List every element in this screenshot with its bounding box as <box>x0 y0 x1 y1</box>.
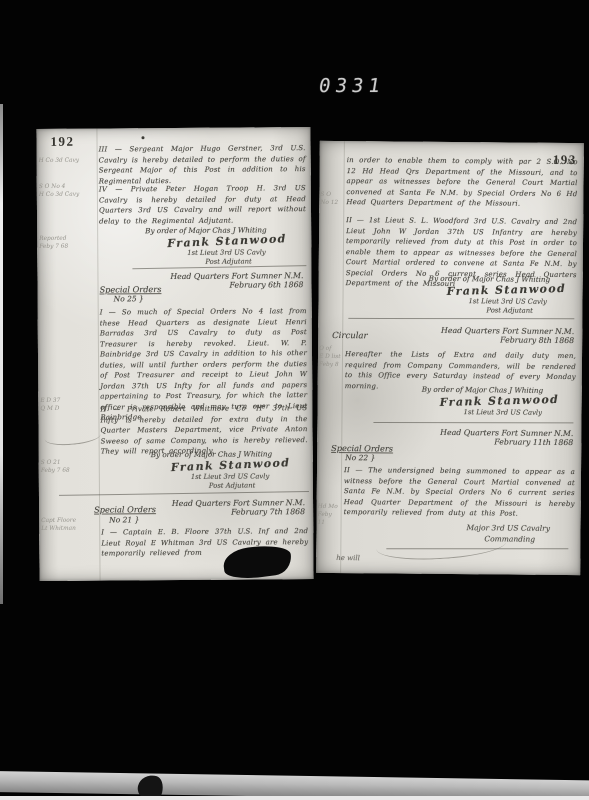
separator-rule <box>132 265 306 269</box>
dateline: Head Quarters Fort Sumner N.M. February … <box>440 428 573 447</box>
ledger-page-left: 192 H Co 3d Cavy S O No 4 H Co 3d Cavy R… <box>36 127 313 581</box>
margin-note: S O No 4 H Co 3d Cavy <box>39 183 95 199</box>
scanner-bed-bottom-strip <box>0 796 589 800</box>
dateline: Head Quarters Fort Sumner N.M. February … <box>441 326 574 345</box>
margin-note: Hd Mo Feby 11 <box>318 503 340 527</box>
signature-title: Post Adjutant <box>486 306 532 314</box>
signature-rank: 1st Lieut 3rd US Cavly <box>187 248 265 257</box>
special-orders-number: No 25 } <box>114 294 144 303</box>
frame-number: 0331 <box>317 75 410 97</box>
order-entry: III — Sergeant Major Hugo Gerstner, 3rd … <box>99 143 306 186</box>
dateline-date: February 6th 1868 <box>170 280 303 290</box>
special-orders-label: Special Orders <box>331 443 393 454</box>
dateline-date: February 7th 1868 <box>172 507 305 517</box>
margin-note: S O No 12 <box>320 191 342 207</box>
signature-rank: 1st Lieut 3rd US Cavly <box>191 472 269 481</box>
separator-rule <box>373 422 573 423</box>
separator-rule <box>348 318 574 319</box>
margin-note: E D 37 Q M D <box>40 397 96 413</box>
bottom-rule <box>386 548 568 549</box>
order-entry: II — The undersigned being summoned to a… <box>344 465 575 520</box>
ledger-page-right: 193 S O No 12 O of E D list Feby 8 Hd Mo… <box>316 141 584 575</box>
circular-label: Circular <box>332 331 367 341</box>
special-orders-label: Special Orders <box>100 284 162 294</box>
signature-title: Post Adjutant <box>205 257 251 265</box>
signature: Frank Stanwood <box>439 393 559 409</box>
margin-note: Reported Feby 7 68 <box>39 235 95 251</box>
special-orders-number: No 21 } <box>109 515 139 524</box>
film-edge-strip <box>0 104 3 604</box>
special-orders-number: No 22 } <box>345 453 375 462</box>
dateline: Head Quarters Fort Sumner N.M. February … <box>170 271 303 290</box>
signature-title: Post Adjutant <box>209 481 255 489</box>
dateline: Head Quarters Fort Sumner N.M. February … <box>172 498 305 517</box>
order-entry: IV — Private Peter Hogan Troop H. 3rd US… <box>99 183 306 226</box>
pen-flourish <box>44 426 101 447</box>
signature: Frank Stanwood <box>446 282 566 298</box>
margin-note: S O 21 Feby 7 68 <box>41 459 97 475</box>
separator-rule <box>59 491 309 496</box>
special-orders-label: Special Orders <box>94 504 156 514</box>
dateline-date: February 8th 1868 <box>441 335 574 345</box>
signature-rank: 1st Lieut 3rd US Cavly <box>468 297 546 306</box>
microfilm-photo: 0331 192 H Co 3d Cavy S O No 4 H Co 3d C… <box>0 0 589 800</box>
margin-note: Capt Floore Lt Whitman <box>41 517 97 533</box>
margin-note: O of E D list Feby 8 <box>319 345 341 369</box>
ink-blot <box>141 136 144 139</box>
margin-note: H Co 3d Cavy <box>39 157 95 165</box>
dateline-date: February 11th 1868 <box>440 437 573 447</box>
signature-rank: 1st Lieut 3rd US Cavly <box>463 408 541 417</box>
pen-flourish <box>376 528 507 563</box>
order-entry-continuation: in order to enable them to comply with p… <box>346 155 577 210</box>
page-number-192: 192 <box>50 134 74 150</box>
faint-footer-note: he will <box>336 554 360 562</box>
